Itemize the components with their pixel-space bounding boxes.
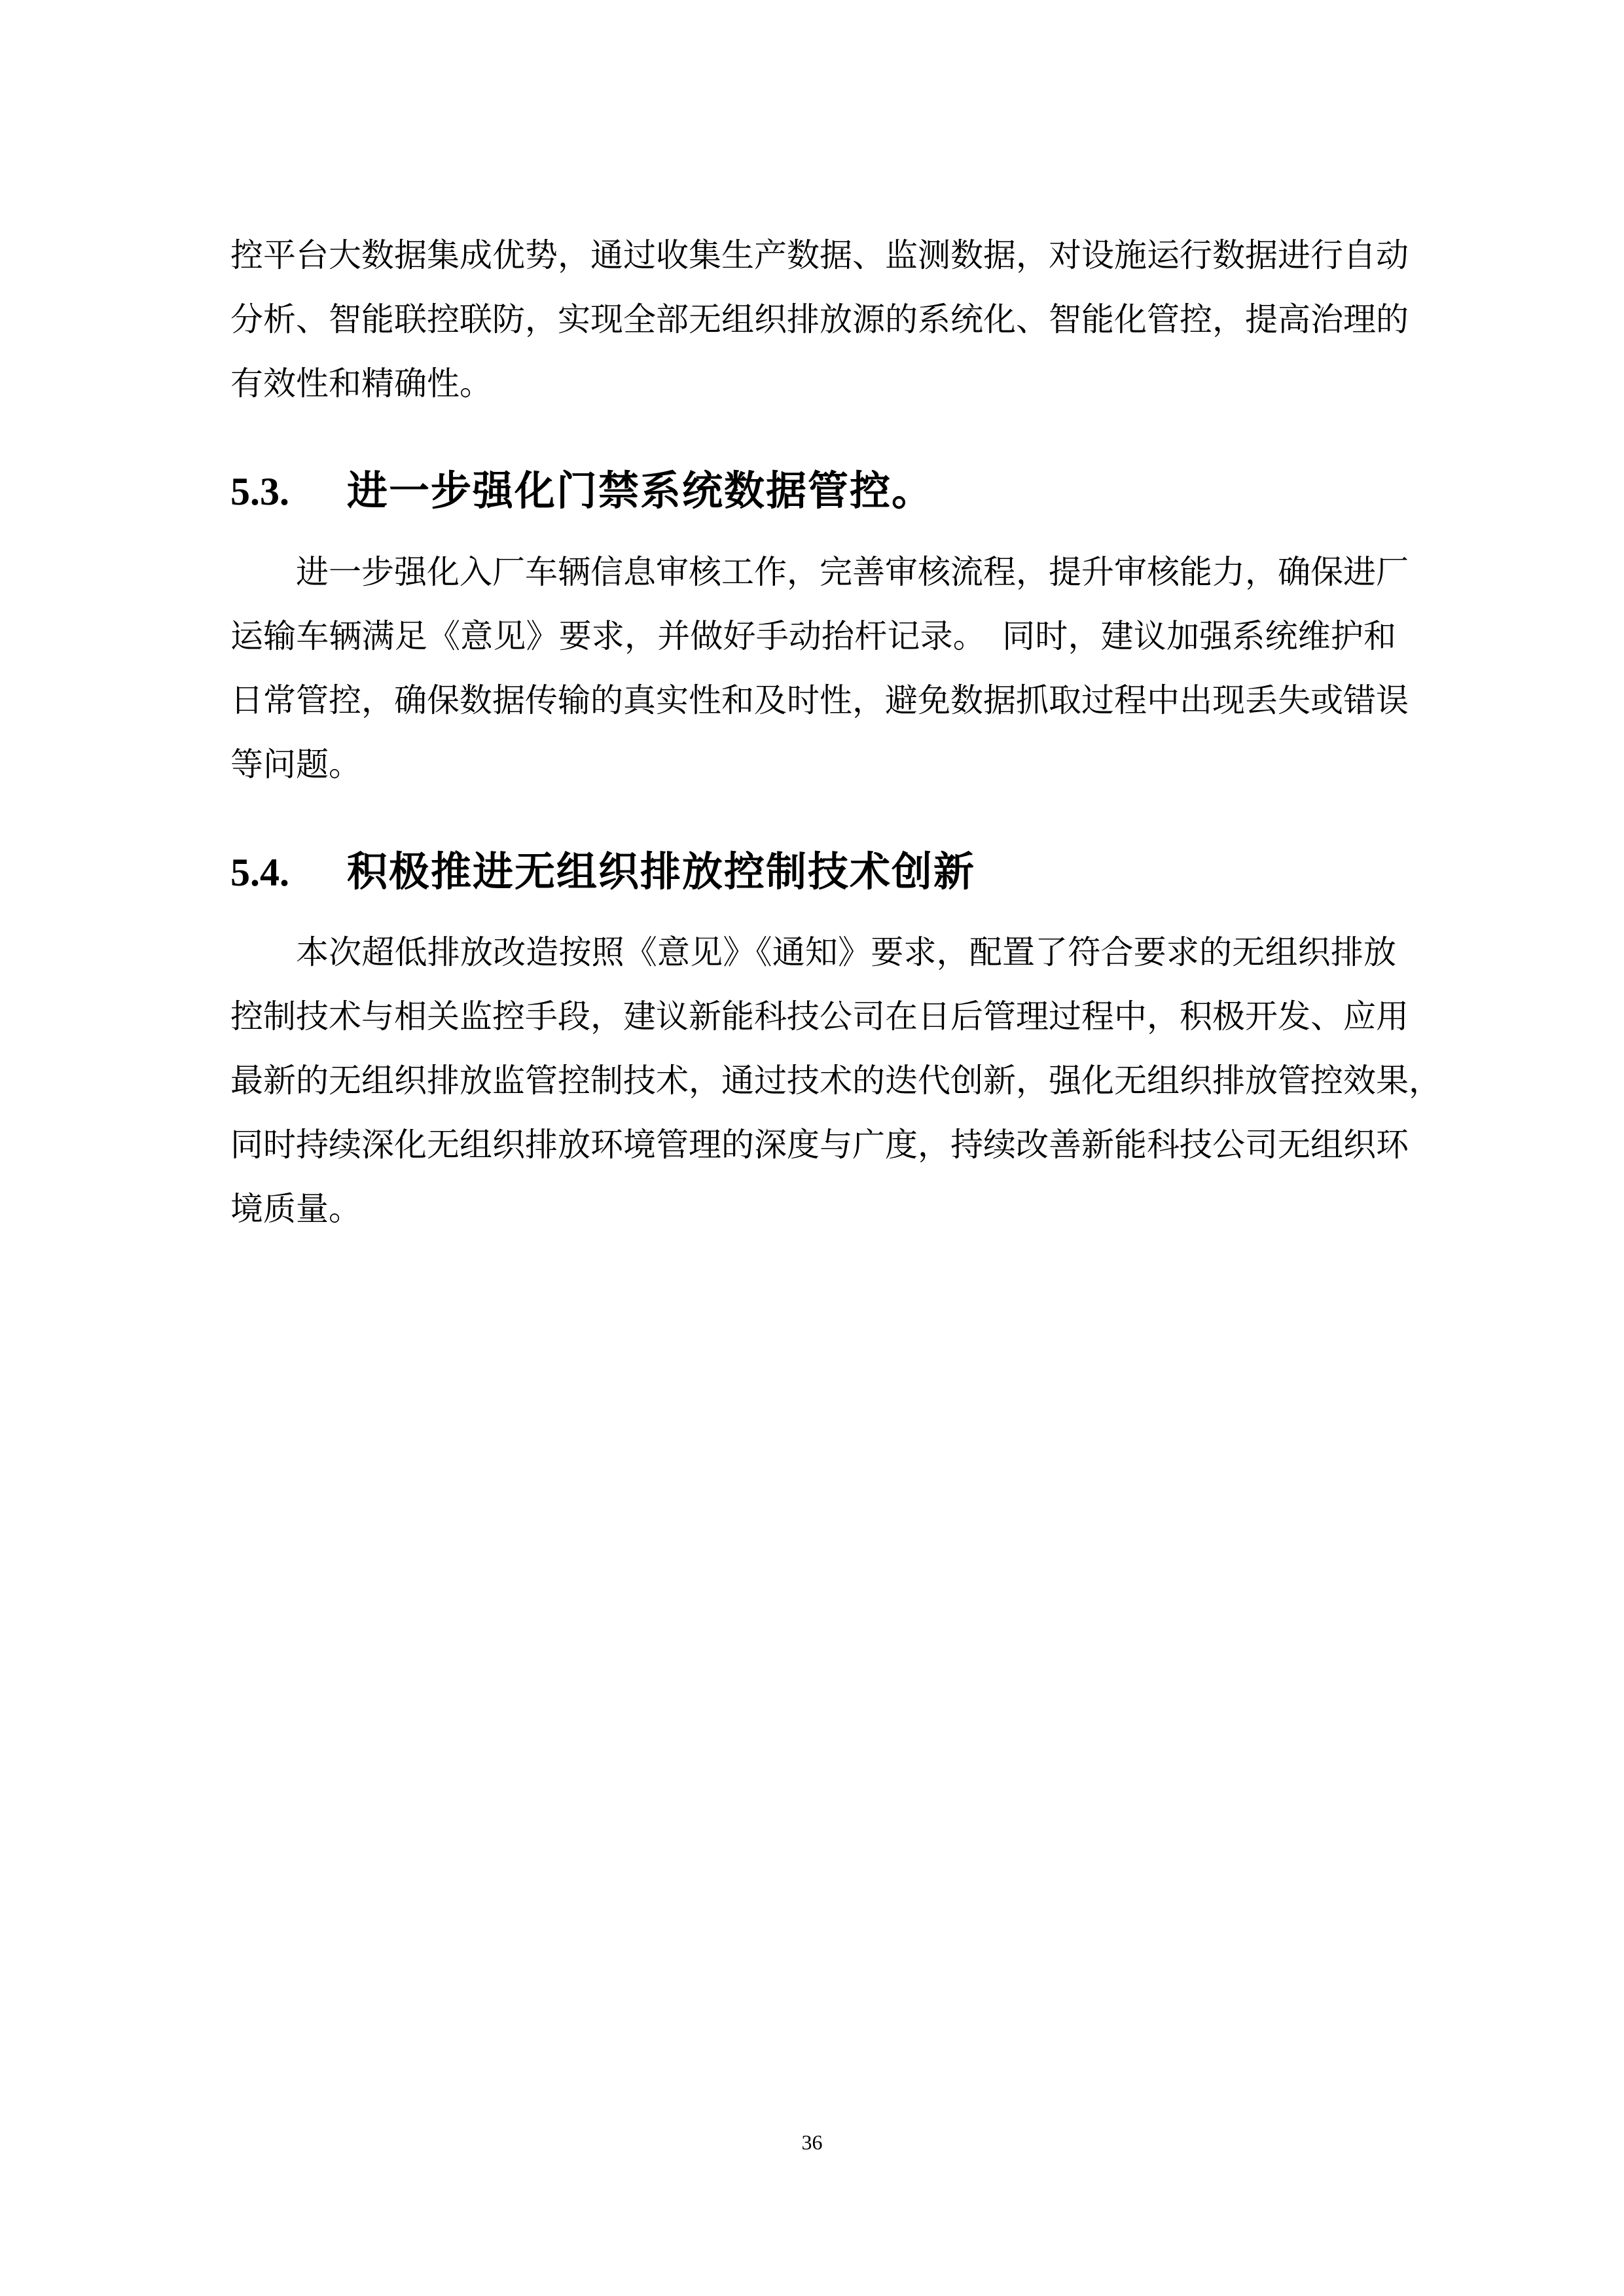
paragraph-line: 本次超低排放改造按照《意见》《通知》要求，配置了符合要求的无组织排放 bbox=[230, 920, 1396, 984]
paragraph-line: 分析、智能联控联防，实现全部无组织排放源的系统化、智能化管控，提高治理的 bbox=[230, 287, 1396, 351]
paragraph-line: 境质量。 bbox=[230, 1177, 1396, 1241]
paragraph-line: 同时持续深化无组织排放环境管理的深度与广度，持续改善新能科技公司无组织环 bbox=[230, 1113, 1396, 1177]
paragraph-intro: 控平台大数据集成优势，通过收集生产数据、监测数据，对设施运行数据进行自动 分析、… bbox=[230, 223, 1396, 416]
section-heading-5-4: 5.4. 积极推进无组织排放控制技术创新 bbox=[230, 843, 1396, 902]
paragraph-line: 控制技术与相关监控手段，建议新能科技公司在日后管理过程中，积极开发、应用 bbox=[230, 984, 1396, 1049]
section-title: 积极推进无组织排放控制技术创新 bbox=[347, 843, 975, 902]
paragraph-line: 日常管控，确保数据传输的真实性和及时性，避免数据抓取过程中出现丢失或错误 bbox=[230, 668, 1396, 732]
page-number: 36 bbox=[0, 2129, 1624, 2155]
section-title: 进一步强化门禁系统数据管控。 bbox=[347, 462, 933, 521]
section-heading-5-3: 5.3. 进一步强化门禁系统数据管控。 bbox=[230, 462, 1396, 521]
paragraph-line: 进一步强化入厂车辆信息审核工作，完善审核流程，提升审核能力，确保进厂 bbox=[230, 540, 1396, 604]
paragraph-line: 有效性和精确性。 bbox=[230, 351, 1396, 416]
section-number: 5.3. bbox=[230, 462, 347, 521]
section-number: 5.4. bbox=[230, 843, 347, 902]
paragraph-section-5-4: 本次超低排放改造按照《意见》《通知》要求，配置了符合要求的无组织排放 控制技术与… bbox=[230, 920, 1396, 1241]
paragraph-section-5-3: 进一步强化入厂车辆信息审核工作，完善审核流程，提升审核能力，确保进厂 运输车辆满… bbox=[230, 540, 1396, 797]
paragraph-line: 运输车辆满足《意见》要求，并做好手动抬杆记录。 同时，建议加强系统维护和 bbox=[230, 604, 1396, 668]
paragraph-line: 等问题。 bbox=[230, 732, 1396, 797]
document-page: 控平台大数据集成优势，通过收集生产数据、监测数据，对设施运行数据进行自动 分析、… bbox=[0, 0, 1624, 2296]
paragraph-line: 最新的无组织排放监管控制技术，通过技术的迭代创新，强化无组织排放管控效果， bbox=[230, 1049, 1396, 1113]
paragraph-line: 控平台大数据集成优势，通过收集生产数据、监测数据，对设施运行数据进行自动 bbox=[230, 223, 1396, 287]
